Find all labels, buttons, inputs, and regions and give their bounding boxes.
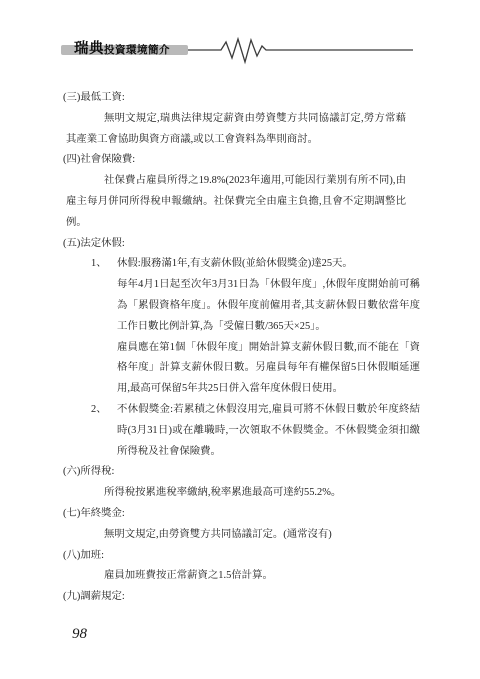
section: (七)年終獎金:無明文規定,由勞資雙方共同協議訂定。(通常沒有): [63, 504, 420, 546]
section: (五)法定休假:1、休假:服務滿1年,有支薪休假(並給休假獎金)達25天。每年4…: [63, 234, 420, 463]
document-body: (三)最低工資:無明文規定,瑞典法律規定薪資由勞資雙方共同協議訂定,勞方常藉其產…: [63, 88, 420, 608]
section-heading: (六)所得稅:: [63, 462, 420, 483]
section-label: (七): [63, 508, 80, 519]
section-heading: (三)最低工資:: [63, 88, 420, 109]
page-header: 瑞典投資環境簡介: [0, 0, 480, 70]
section-heading: (八)加班:: [63, 546, 420, 567]
section-heading: (九)調薪規定:: [63, 587, 420, 608]
section-label: (八): [63, 550, 80, 561]
paragraph: 雇員加班費按正常薪資之1.5倍計算。: [66, 566, 406, 587]
list-item: 1、休假:服務滿1年,有支薪休假(並給休假獎金)達25天。每年4月1日起至次年3…: [63, 254, 420, 400]
paragraph: 每年4月1日起至次年3月31日為「休假年度」,休假年度開始前可稱為「累假資格年度…: [117, 275, 420, 337]
section-title: 法定休假:: [80, 238, 124, 249]
section-label: (六): [63, 466, 80, 477]
section-label: (九): [63, 591, 80, 602]
header-title-sub: 投資環境簡介: [104, 45, 170, 56]
section-title: 加班:: [80, 550, 104, 561]
header-title: 瑞典投資環境簡介: [74, 37, 170, 58]
section: (六)所得稅:所得稅按累進稅率繳納,稅率累進最高可達約55.2%。: [63, 462, 420, 504]
paragraph: 社保費占雇員所得之19.8%(2023年適用,可能因行業別有所不同),由雇主每月…: [66, 171, 406, 233]
section-label: (五): [63, 238, 80, 249]
document-page: 瑞典投資環境簡介 (三)最低工資:無明文規定,瑞典法律規定薪資由勞資雙方共同協議…: [0, 0, 480, 679]
section-title: 最低工資:: [80, 92, 124, 103]
section-heading: (五)法定休假:: [63, 234, 420, 255]
list-item: 2、不休假獎金:若累積之休假沒用完,雇員可將不休假日數於年度終結時(3月31日)…: [63, 400, 420, 462]
section-label: (四): [63, 154, 80, 165]
section-title: 社會保險費:: [80, 154, 135, 165]
section: (九)調薪規定:: [63, 587, 420, 608]
list-item-marker: 1、: [91, 254, 107, 275]
header-title-main: 瑞典: [74, 41, 104, 57]
paragraph: 休假:服務滿1年,有支薪休假(並給休假獎金)達25天。: [117, 254, 420, 275]
section: (四)社會保險費:社保費占雇員所得之19.8%(2023年適用,可能因行業別有所…: [63, 150, 420, 233]
page-number: 98: [72, 626, 87, 643]
section: (三)最低工資:無明文規定,瑞典法律規定薪資由勞資雙方共同協議訂定,勞方常藉其產…: [63, 88, 420, 150]
section-heading: (七)年終獎金:: [63, 504, 420, 525]
paragraph: 無明文規定,由勞資雙方共同協議訂定。(通常沒有): [66, 525, 406, 546]
section-title: 所得稅:: [80, 466, 114, 477]
section: (八)加班:雇員加班費按正常薪資之1.5倍計算。: [63, 546, 420, 588]
section-heading: (四)社會保險費:: [63, 150, 420, 171]
list-item-marker: 2、: [91, 400, 107, 421]
paragraph: 所得稅按累進稅率繳納,稅率累進最高可達約55.2%。: [66, 483, 406, 504]
section-title: 調薪規定:: [80, 591, 124, 602]
paragraph: 雇員應在第1個「休假年度」開始計算支薪休假日數,而不能在「資格年度」計算支薪休假…: [117, 338, 420, 400]
paragraph: 不休假獎金:若累積之休假沒用完,雇員可將不休假日數於年度終結時(3月31日)或在…: [117, 400, 420, 462]
section-title: 年終獎金:: [80, 508, 124, 519]
section-label: (三): [63, 92, 80, 103]
heartbeat-line-icon: [188, 35, 413, 65]
paragraph: 無明文規定,瑞典法律規定薪資由勞資雙方共同協議訂定,勞方常藉其產業工會協助與資方…: [66, 109, 406, 151]
